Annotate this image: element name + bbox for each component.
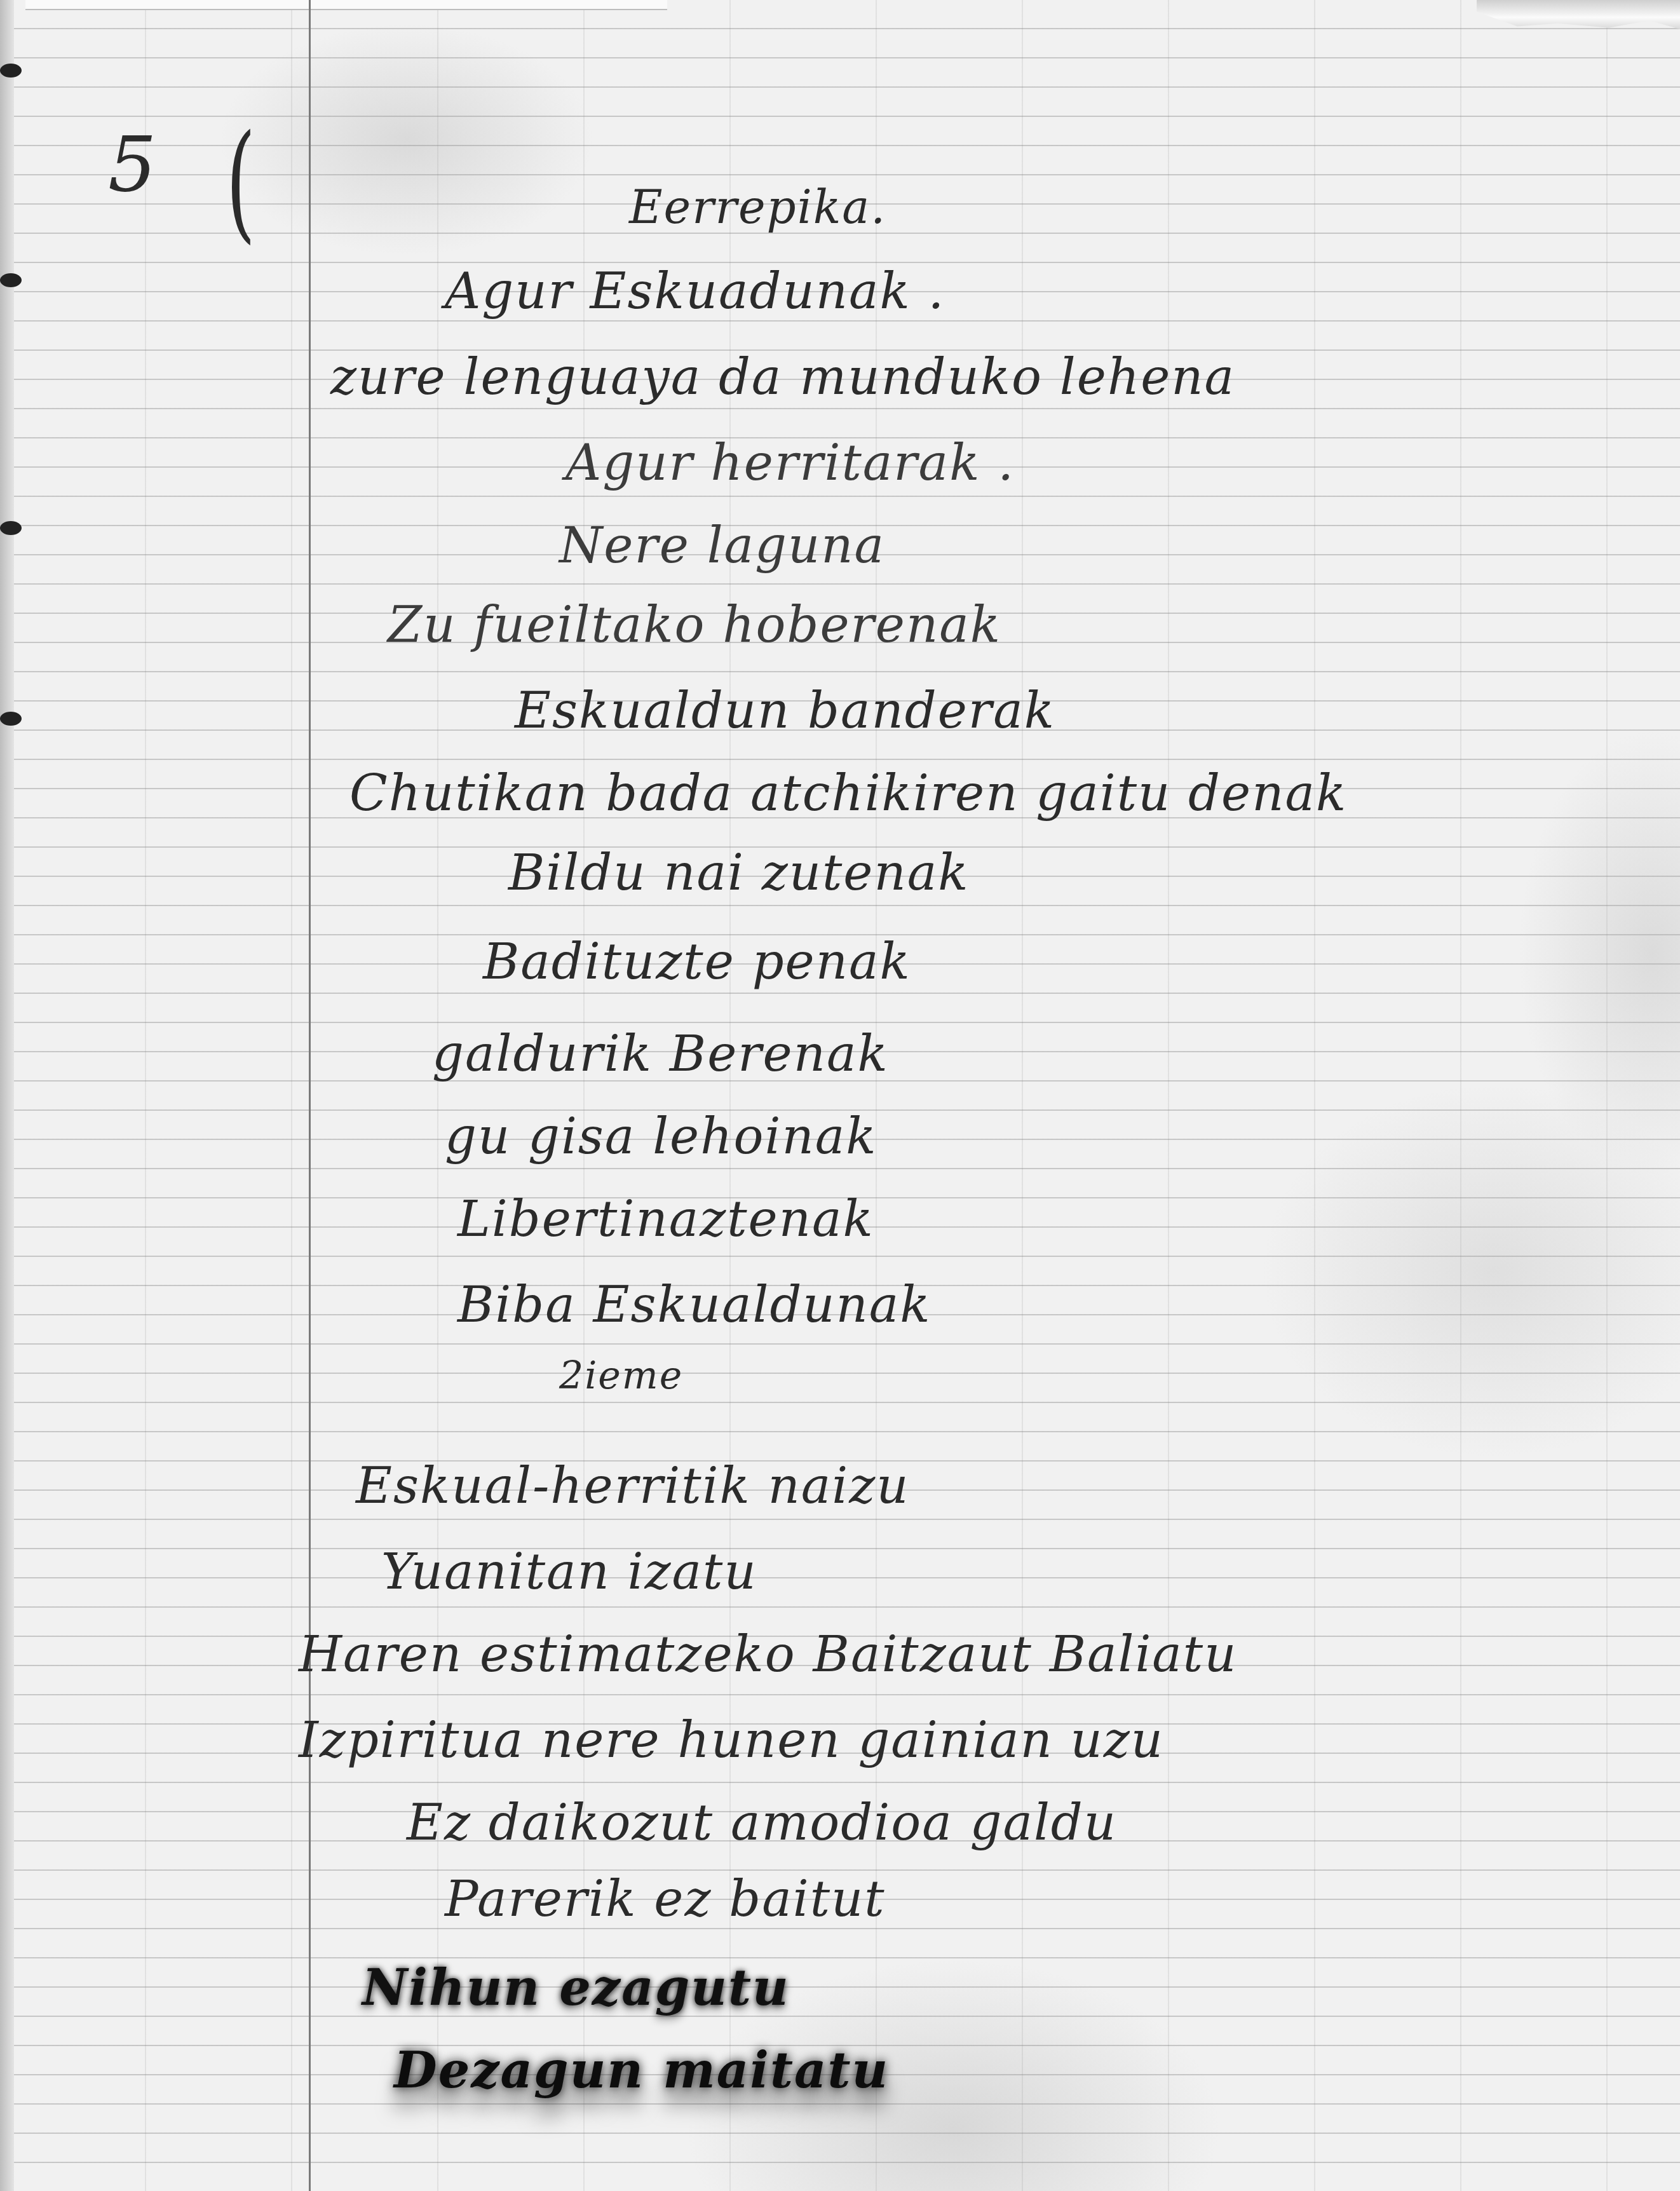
verse-line: Yuanitan izatu (381, 1547, 757, 1597)
verse-line: Eskualdun banderak (515, 686, 1055, 736)
verse-line: Chutikan bada atchikiren gaitu denak (349, 769, 1347, 818)
verse-line: Nere laguna (559, 521, 885, 571)
verse-line: galdurik Berenak (432, 1029, 889, 1079)
page-number: 5 (108, 121, 156, 209)
verse-line: zure lenguaya da munduko lehena (330, 353, 1235, 402)
verse-line: Ez daikozut amodioa galdu (407, 1798, 1117, 1848)
verse-line: Badituzte penak (483, 937, 911, 987)
verse-line-smudged: Dezagun maitatu (394, 2046, 889, 2096)
binding-hole (0, 273, 22, 287)
section-marker: 2ieme (559, 1357, 683, 1395)
paper-top-strip (25, 0, 667, 10)
verse-line: Haren estimatzeko Baitzaut Baliatu (299, 1630, 1237, 1679)
verse-line: gu gisa lehoinak (445, 1112, 877, 1162)
title: Eerrepika. (629, 184, 886, 230)
verse-line: Parerik ez baitut (445, 1875, 886, 1924)
verse-line: Libertinaztenak (457, 1195, 874, 1244)
verse-line: Agur Eskuadunak . (445, 267, 945, 316)
verse-line-smudged: Nihun ezagutu (362, 1964, 790, 2013)
verse-line: Eskual-herritik naizu (356, 1462, 910, 1511)
verse-line: Zu fueiltako hoberenak (388, 600, 1001, 650)
notebook-page: 5 ( Eerrepika. Agur Eskuadunak . zure le… (0, 0, 1680, 2191)
binding-edge (0, 0, 14, 2191)
binding-hole (0, 521, 22, 535)
binding-hole (0, 712, 22, 726)
binding-hole (0, 64, 22, 78)
verse-line: Izpiritua nere hunen gainian uzu (299, 1716, 1164, 1765)
bracket-mark: ( (226, 108, 256, 256)
verse-line: Biba Eskualdunak (457, 1280, 931, 1330)
verse-line: Agur herritarak . (566, 438, 1015, 488)
torn-corner (1477, 0, 1680, 29)
verse-line: Bildu nai zutenak (508, 848, 970, 898)
margin-line (309, 0, 311, 2191)
